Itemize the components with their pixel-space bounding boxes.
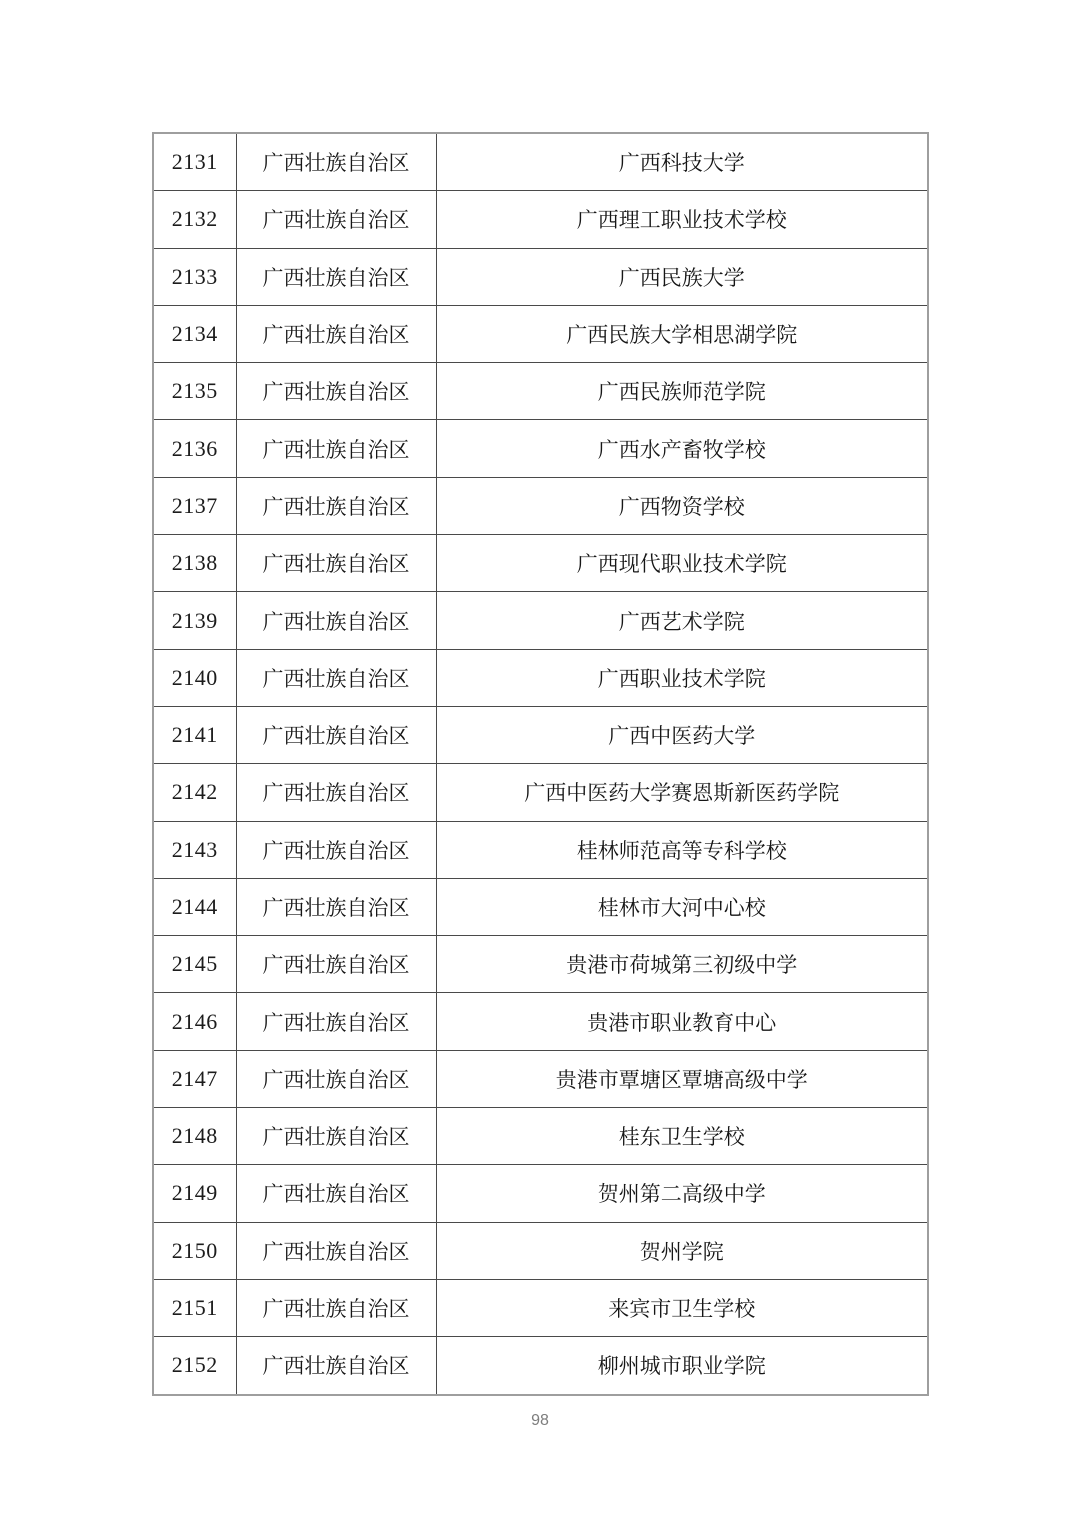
- table-row: 2147广西壮族自治区贵港市覃塘区覃塘高级中学: [153, 1050, 928, 1107]
- serial-cell: 2144: [153, 878, 236, 935]
- school-cell: 广西现代职业技术学院: [436, 535, 928, 592]
- serial-cell: 2139: [153, 592, 236, 649]
- table-row: 2148广西壮族自治区桂东卫生学校: [153, 1108, 928, 1165]
- region-cell: 广西壮族自治区: [236, 1337, 436, 1395]
- school-cell: 桂林师范高等专科学校: [436, 821, 928, 878]
- institution-table: 2131广西壮族自治区广西科技大学2132广西壮族自治区广西理工职业技术学校21…: [152, 132, 929, 1396]
- table-row: 2151广西壮族自治区来宾市卫生学校: [153, 1279, 928, 1336]
- region-cell: 广西壮族自治区: [236, 1279, 436, 1336]
- serial-cell: 2152: [153, 1337, 236, 1395]
- school-cell: 广西职业技术学院: [436, 649, 928, 706]
- school-cell: 广西中医药大学: [436, 706, 928, 763]
- serial-cell: 2131: [153, 133, 236, 191]
- table-row: 2146广西壮族自治区贵港市职业教育中心: [153, 993, 928, 1050]
- serial-cell: 2143: [153, 821, 236, 878]
- region-cell: 广西壮族自治区: [236, 1108, 436, 1165]
- table-row: 2131广西壮族自治区广西科技大学: [153, 133, 928, 191]
- school-cell: 桂林市大河中心校: [436, 878, 928, 935]
- serial-cell: 2149: [153, 1165, 236, 1222]
- table-row: 2136广西壮族自治区广西水产畜牧学校: [153, 420, 928, 477]
- table-row: 2137广西壮族自治区广西物资学校: [153, 477, 928, 534]
- serial-cell: 2137: [153, 477, 236, 534]
- school-cell: 广西民族大学: [436, 248, 928, 305]
- school-cell: 贵港市荷城第三初级中学: [436, 936, 928, 993]
- table-row: 2139广西壮族自治区广西艺术学院: [153, 592, 928, 649]
- region-cell: 广西壮族自治区: [236, 1222, 436, 1279]
- serial-cell: 2145: [153, 936, 236, 993]
- serial-cell: 2148: [153, 1108, 236, 1165]
- school-cell: 广西民族师范学院: [436, 363, 928, 420]
- school-cell: 广西理工职业技术学校: [436, 191, 928, 248]
- serial-cell: 2142: [153, 764, 236, 821]
- table-row: 2141广西壮族自治区广西中医药大学: [153, 706, 928, 763]
- serial-cell: 2147: [153, 1050, 236, 1107]
- region-cell: 广西壮族自治区: [236, 821, 436, 878]
- institution-table-body: 2131广西壮族自治区广西科技大学2132广西壮族自治区广西理工职业技术学校21…: [153, 133, 928, 1395]
- table-row: 2152广西壮族自治区柳州城市职业学院: [153, 1337, 928, 1395]
- table-row: 2140广西壮族自治区广西职业技术学院: [153, 649, 928, 706]
- serial-cell: 2138: [153, 535, 236, 592]
- school-cell: 贵港市职业教育中心: [436, 993, 928, 1050]
- school-cell: 贺州第二高级中学: [436, 1165, 928, 1222]
- school-cell: 广西艺术学院: [436, 592, 928, 649]
- school-cell: 柳州城市职业学院: [436, 1337, 928, 1395]
- region-cell: 广西壮族自治区: [236, 363, 436, 420]
- region-cell: 广西壮族自治区: [236, 592, 436, 649]
- region-cell: 广西壮族自治区: [236, 936, 436, 993]
- page-number: 98: [0, 1412, 1080, 1430]
- school-cell: 贵港市覃塘区覃塘高级中学: [436, 1050, 928, 1107]
- table-row: 2138广西壮族自治区广西现代职业技术学院: [153, 535, 928, 592]
- region-cell: 广西壮族自治区: [236, 133, 436, 191]
- region-cell: 广西壮族自治区: [236, 477, 436, 534]
- serial-cell: 2133: [153, 248, 236, 305]
- school-cell: 广西物资学校: [436, 477, 928, 534]
- region-cell: 广西壮族自治区: [236, 535, 436, 592]
- table-row: 2134广西壮族自治区广西民族大学相思湖学院: [153, 305, 928, 362]
- school-cell: 广西水产畜牧学校: [436, 420, 928, 477]
- region-cell: 广西壮族自治区: [236, 993, 436, 1050]
- serial-cell: 2146: [153, 993, 236, 1050]
- serial-cell: 2151: [153, 1279, 236, 1336]
- region-cell: 广西壮族自治区: [236, 649, 436, 706]
- table-row: 2144广西壮族自治区桂林市大河中心校: [153, 878, 928, 935]
- region-cell: 广西壮族自治区: [236, 764, 436, 821]
- school-cell: 贺州学院: [436, 1222, 928, 1279]
- school-cell: 桂东卫生学校: [436, 1108, 928, 1165]
- school-cell: 广西科技大学: [436, 133, 928, 191]
- table-row: 2143广西壮族自治区桂林师范高等专科学校: [153, 821, 928, 878]
- region-cell: 广西壮族自治区: [236, 305, 436, 362]
- institution-table-container: 2131广西壮族自治区广西科技大学2132广西壮族自治区广西理工职业技术学校21…: [152, 132, 927, 1396]
- region-cell: 广西壮族自治区: [236, 706, 436, 763]
- table-row: 2150广西壮族自治区贺州学院: [153, 1222, 928, 1279]
- table-row: 2142广西壮族自治区广西中医药大学赛恩斯新医药学院: [153, 764, 928, 821]
- serial-cell: 2135: [153, 363, 236, 420]
- region-cell: 广西壮族自治区: [236, 420, 436, 477]
- school-cell: 广西中医药大学赛恩斯新医药学院: [436, 764, 928, 821]
- serial-cell: 2150: [153, 1222, 236, 1279]
- table-row: 2135广西壮族自治区广西民族师范学院: [153, 363, 928, 420]
- serial-cell: 2136: [153, 420, 236, 477]
- table-row: 2145广西壮族自治区贵港市荷城第三初级中学: [153, 936, 928, 993]
- table-row: 2133广西壮族自治区广西民族大学: [153, 248, 928, 305]
- region-cell: 广西壮族自治区: [236, 191, 436, 248]
- serial-cell: 2132: [153, 191, 236, 248]
- region-cell: 广西壮族自治区: [236, 1165, 436, 1222]
- region-cell: 广西壮族自治区: [236, 1050, 436, 1107]
- table-row: 2149广西壮族自治区贺州第二高级中学: [153, 1165, 928, 1222]
- table-row: 2132广西壮族自治区广西理工职业技术学校: [153, 191, 928, 248]
- serial-cell: 2141: [153, 706, 236, 763]
- region-cell: 广西壮族自治区: [236, 248, 436, 305]
- serial-cell: 2140: [153, 649, 236, 706]
- serial-cell: 2134: [153, 305, 236, 362]
- school-cell: 广西民族大学相思湖学院: [436, 305, 928, 362]
- region-cell: 广西壮族自治区: [236, 878, 436, 935]
- document-page: 2131广西壮族自治区广西科技大学2132广西壮族自治区广西理工职业技术学校21…: [0, 0, 1080, 1527]
- school-cell: 来宾市卫生学校: [436, 1279, 928, 1336]
